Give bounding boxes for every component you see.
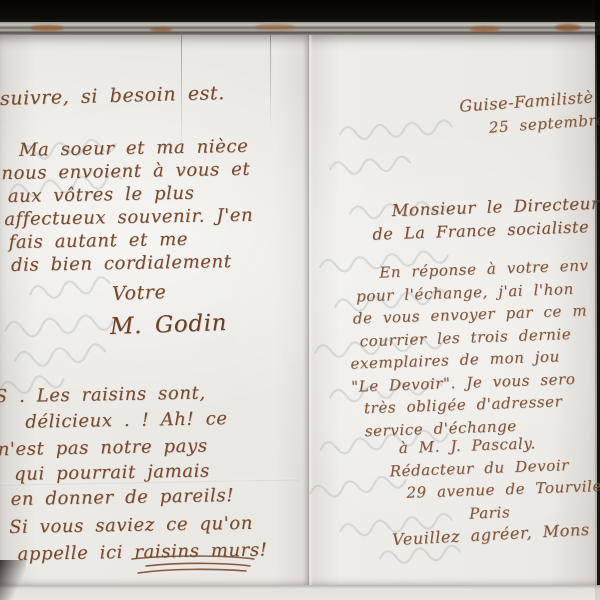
rust-stain <box>555 24 581 31</box>
letter-sheet: suivre, si besoin est. Ma soeur et ma ni… <box>0 35 597 585</box>
bottom-left-shadow <box>0 560 26 600</box>
background-top-band <box>0 0 600 22</box>
right-page-recipient: Monsieur le Directeur de La France socia… <box>371 193 589 246</box>
letter-line: Si vous saviez ce qu'on <box>9 512 259 539</box>
letter-line: délicieux . ! Ah! ce <box>25 406 275 433</box>
rust-stain <box>150 27 172 32</box>
letter-line: S . Les raisins sont, <box>0 381 245 408</box>
right-edge-shadow <box>595 0 600 600</box>
letter-line: n'est pas notre pays <box>0 434 248 461</box>
rust-stain <box>470 26 500 32</box>
underline-flourish <box>128 553 258 579</box>
letter-line: qui pourrait jamais <box>14 459 264 486</box>
valediction: Votre <box>112 281 167 305</box>
rust-stain <box>255 24 295 30</box>
right-page-body: En réponse à votre env pour l'échange, j… <box>337 255 578 443</box>
left-page-paragraph: Ma soeur et ma nièce nous envoient à vou… <box>0 135 250 277</box>
left-page-postscript: S . Les raisins sont, délicieux . ! Ah! … <box>0 381 251 546</box>
rust-stain <box>30 25 64 31</box>
letter-scan: suivre, si besoin est. Ma soeur et ma ni… <box>0 0 600 600</box>
letter-line: en donner de pareils! <box>10 484 260 511</box>
page-binding-edge <box>0 22 600 35</box>
letter-line: dis bien cordialement <box>11 250 260 277</box>
underlying-page-edge <box>0 585 600 600</box>
signature: M. Godin <box>110 310 228 340</box>
right-page-address: à M. J. Pascaly. Rédacteur du Devoir 29 … <box>358 432 557 529</box>
right-page-dateline: Guise-Familistè 25 septembre <box>459 86 596 140</box>
